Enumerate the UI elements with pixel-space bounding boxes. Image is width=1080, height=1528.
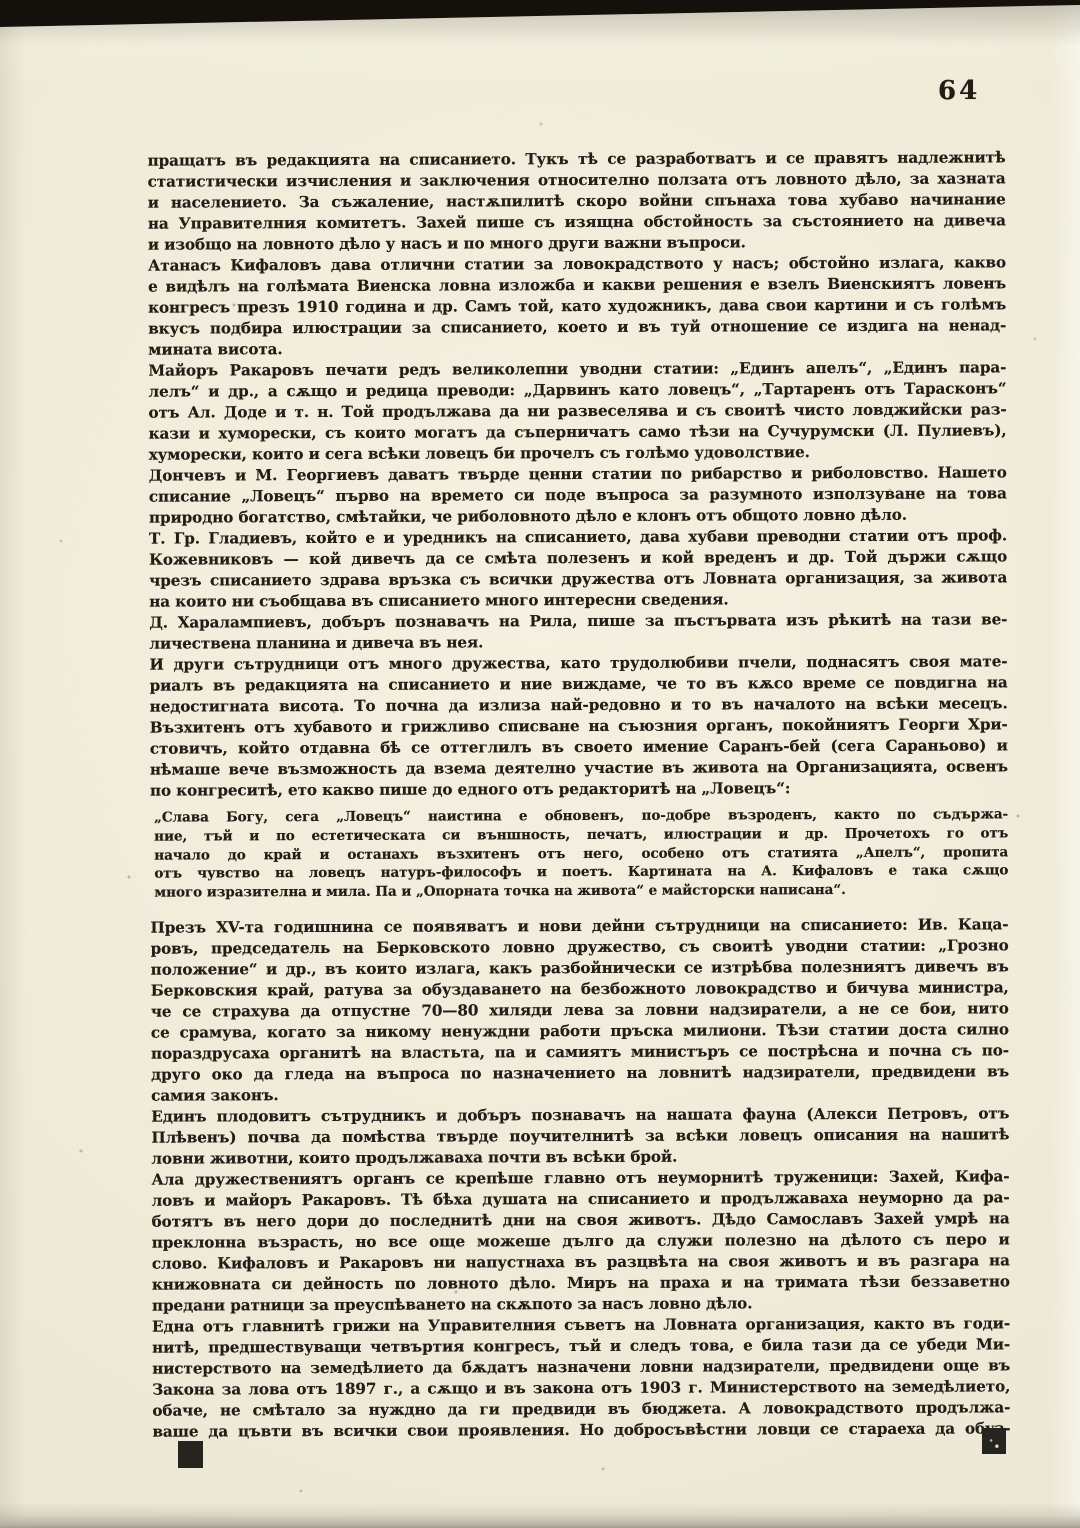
quote-block: „Слава Богу, сега „Ловецъ“ наистина е об… <box>154 805 1008 902</box>
text-line: кази и хуморески, съ които могатъ да съп… <box>149 420 1007 444</box>
text-line: чрезъ списанието здрава връзка съ всички… <box>149 567 1007 591</box>
scan-top-edge <box>0 0 1080 30</box>
text-line: нѣмаше вече възможность да взема деятелн… <box>150 756 1008 780</box>
text-line: на Управителния комитетъ. Захей пише съ … <box>148 210 1006 234</box>
registration-mark-left <box>178 1441 203 1468</box>
scanned-book-page: 64 пращатъ въ редакцията на списанието. … <box>0 0 1080 1528</box>
paragraph: Атанасъ Кифаловъ дава отлични статии за … <box>148 252 1006 360</box>
paragraph: Д. Харалампиевъ, добъръ познавачъ на Рил… <box>149 609 1007 654</box>
registration-mark-right <box>982 1428 1006 1454</box>
text-line: ваше да цъвти въ всички свои проявления.… <box>152 1418 1010 1442</box>
paragraph: Дончевъ и М. Георгиевъ даватъ твърде цен… <box>149 462 1007 528</box>
paragraph: Една отъ главнитѣ грижи на Управителния … <box>152 1313 1010 1442</box>
text-line: друго око да гледа на въпроса по назначе… <box>151 1061 1009 1085</box>
text-line: Д. Харалампиевъ, добъръ познавачъ на Рил… <box>149 609 1007 633</box>
scan-bottom-edge <box>0 1502 1080 1528</box>
paragraph: Единъ плодовитъ сътрудникъ и добъръ позн… <box>151 1103 1009 1169</box>
paragraph: Ала дружествениятъ органъ се крепѣше гла… <box>151 1166 1010 1316</box>
paragraph: Т. Гр. Гладиевъ, който е и уредникъ на с… <box>149 525 1007 612</box>
paragraph: Презъ XV-та годишнина се появяватъ и нов… <box>150 914 1009 1106</box>
paragraph: И други сътрудници отъ много дружества, … <box>149 651 1008 801</box>
text-line: отъ чувство на ловецъ натуръ-философъ и … <box>154 862 1008 884</box>
text-line: по конгреситѣ, ето какво пише до едного … <box>150 777 1008 801</box>
text-line: Плѣвенъ) почва да помѣства твърде поучит… <box>151 1124 1009 1148</box>
paragraph: пращатъ въ редакцията на списанието. Тук… <box>148 147 1006 255</box>
text-line: книжовната си дейность по ловното дѣло. … <box>152 1271 1010 1295</box>
text-block: пращатъ въ редакцията на списанието. Тук… <box>148 147 1011 1442</box>
paragraph: Майоръ Ракаровъ печати редъ великолепни … <box>148 357 1006 465</box>
text-line: вкусъ подбира илюстрации за списанието, … <box>148 315 1006 339</box>
text-line: много изразителна и мила. Па и „Опорната… <box>154 881 1008 903</box>
page-number: 64 <box>938 76 980 106</box>
